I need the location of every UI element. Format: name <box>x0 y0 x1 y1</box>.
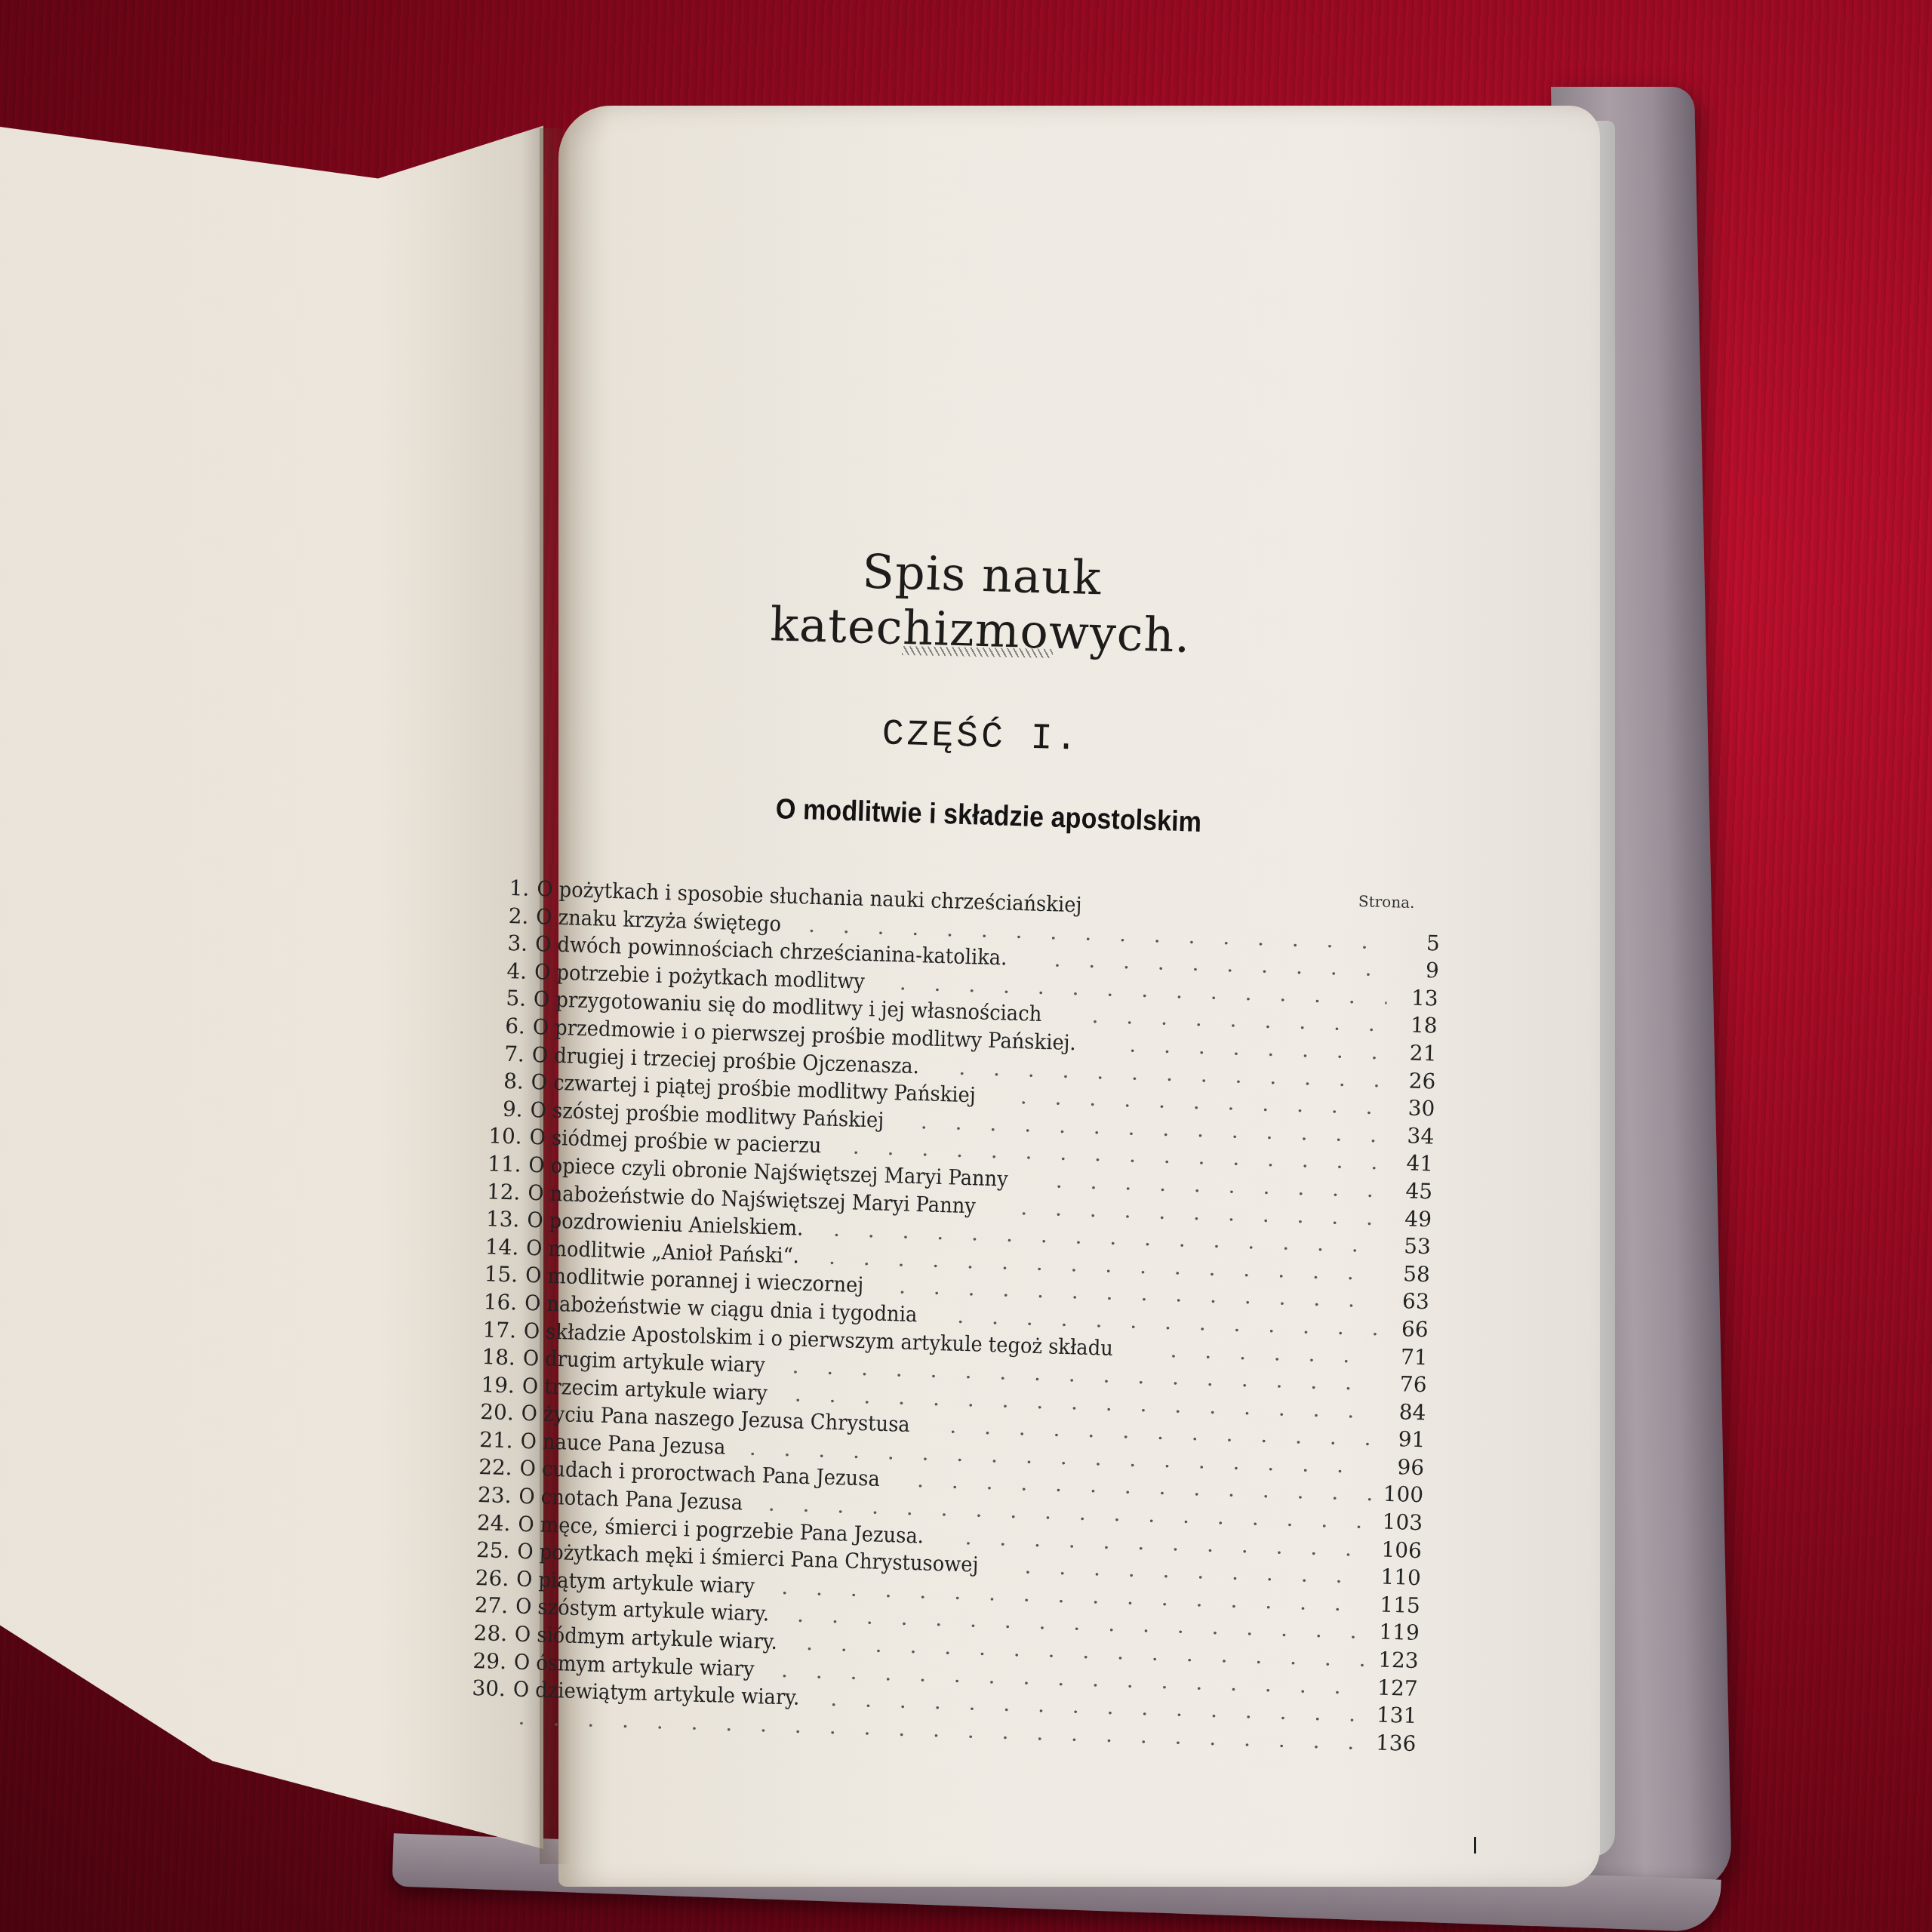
toc-entry-number: 13. <box>450 1205 528 1232</box>
toc-entry-number: 10. <box>452 1122 530 1149</box>
toc-entry-number: 16. <box>448 1288 525 1315</box>
toc-entry-page: 103 <box>1377 1509 1423 1535</box>
toc-entry-page: 91 <box>1380 1426 1426 1453</box>
leader-dots: . . . . . . . . . . . . . . . . . . . . … <box>1170 1337 1377 1368</box>
toc-entry-page: 26 <box>1390 1067 1436 1094</box>
toc-entry-number: 5. <box>457 984 534 1011</box>
toc-entry-number: 18. <box>446 1343 524 1371</box>
toc-entry-page: 63 <box>1383 1288 1429 1315</box>
toc-entry-number: 9. <box>453 1095 531 1122</box>
toc-entry-number: 8. <box>454 1067 531 1094</box>
toc-entry-number: 11. <box>451 1150 529 1177</box>
toc-entry-page: 53 <box>1385 1233 1431 1260</box>
toc-entry-page: 115 <box>1374 1592 1420 1618</box>
toc-entry-page: 127 <box>1372 1675 1418 1701</box>
toc-entry-page: 131 <box>1371 1703 1417 1729</box>
toc-entry-page: 76 <box>1381 1371 1427 1398</box>
toc-entry-number: 4. <box>457 957 535 984</box>
toc-entry-page: 110 <box>1375 1564 1421 1591</box>
toc-entry-page: 49 <box>1386 1205 1432 1232</box>
toc-entry-number: 17. <box>447 1315 525 1343</box>
toc-entry-page: 66 <box>1383 1315 1429 1342</box>
toc-entry-number: 1. <box>460 874 537 901</box>
toc-entry-page: 71 <box>1382 1343 1428 1370</box>
toc-entry-page: 21 <box>1391 1040 1437 1066</box>
toc-entry-number: 6. <box>456 1012 534 1039</box>
toc-entry-number: 3. <box>458 929 536 956</box>
toc-entry-page: 106 <box>1377 1537 1423 1563</box>
toc-entry-page: 9 <box>1393 957 1439 983</box>
toc-entry-number: 29. <box>437 1647 515 1674</box>
toc-entry-page: 123 <box>1373 1647 1419 1673</box>
toc-entry-number: 14. <box>449 1233 527 1260</box>
toc-entry-page: 96 <box>1379 1454 1425 1480</box>
toc-entry-number: 19. <box>445 1371 522 1398</box>
table-of-contents: 1.O pożytkach i sposobie słuchania nauki… <box>435 874 1441 1758</box>
toc-entry-page: 45 <box>1387 1178 1433 1204</box>
leader-dots <box>1135 914 1389 921</box>
toc-entry-title: O nauce Pana Jezusa <box>520 1429 726 1460</box>
page-mark <box>1474 1837 1476 1854</box>
toc-entry-page: 136 <box>1371 1730 1417 1756</box>
toc-entry-number: 2. <box>459 902 537 929</box>
toc-entry-number: 25. <box>440 1537 518 1564</box>
toc-entry-page: 18 <box>1392 1012 1438 1038</box>
toc-entry-number: 12. <box>451 1177 528 1204</box>
toc-entry-number: 21. <box>443 1426 521 1454</box>
toc-entry-page: 100 <box>1378 1481 1424 1508</box>
toc-entry-number: 20. <box>444 1398 521 1426</box>
toc-entry-number: 15. <box>448 1260 526 1287</box>
toc-entry-page: 13 <box>1392 985 1438 1011</box>
toc-entry-page: 30 <box>1389 1095 1435 1121</box>
toc-entry-number: 28. <box>438 1620 515 1647</box>
toc-entry-number <box>435 1721 512 1724</box>
toc-entry-number: 24. <box>441 1509 518 1536</box>
toc-entry-page: 119 <box>1374 1620 1420 1646</box>
toc-entry-number: 23. <box>441 1481 519 1509</box>
toc-entry-page: 34 <box>1389 1122 1435 1149</box>
toc-entry-number: 30. <box>436 1675 514 1702</box>
toc-entry-number: 26. <box>439 1564 517 1591</box>
toc-entry-page: 84 <box>1380 1398 1426 1425</box>
toc-entry-page: 5 <box>1394 929 1440 955</box>
toc-entry-page <box>1395 921 1441 923</box>
toc-entry-number: 27. <box>438 1592 516 1619</box>
toc-entry-page: 41 <box>1388 1150 1434 1177</box>
toc-entry-page: 58 <box>1384 1260 1430 1287</box>
toc-entry-number: 7. <box>455 1039 533 1066</box>
page-title: Spis nauk katechizmowych. <box>678 539 1284 666</box>
toc-entry-number: 22. <box>442 1454 520 1481</box>
